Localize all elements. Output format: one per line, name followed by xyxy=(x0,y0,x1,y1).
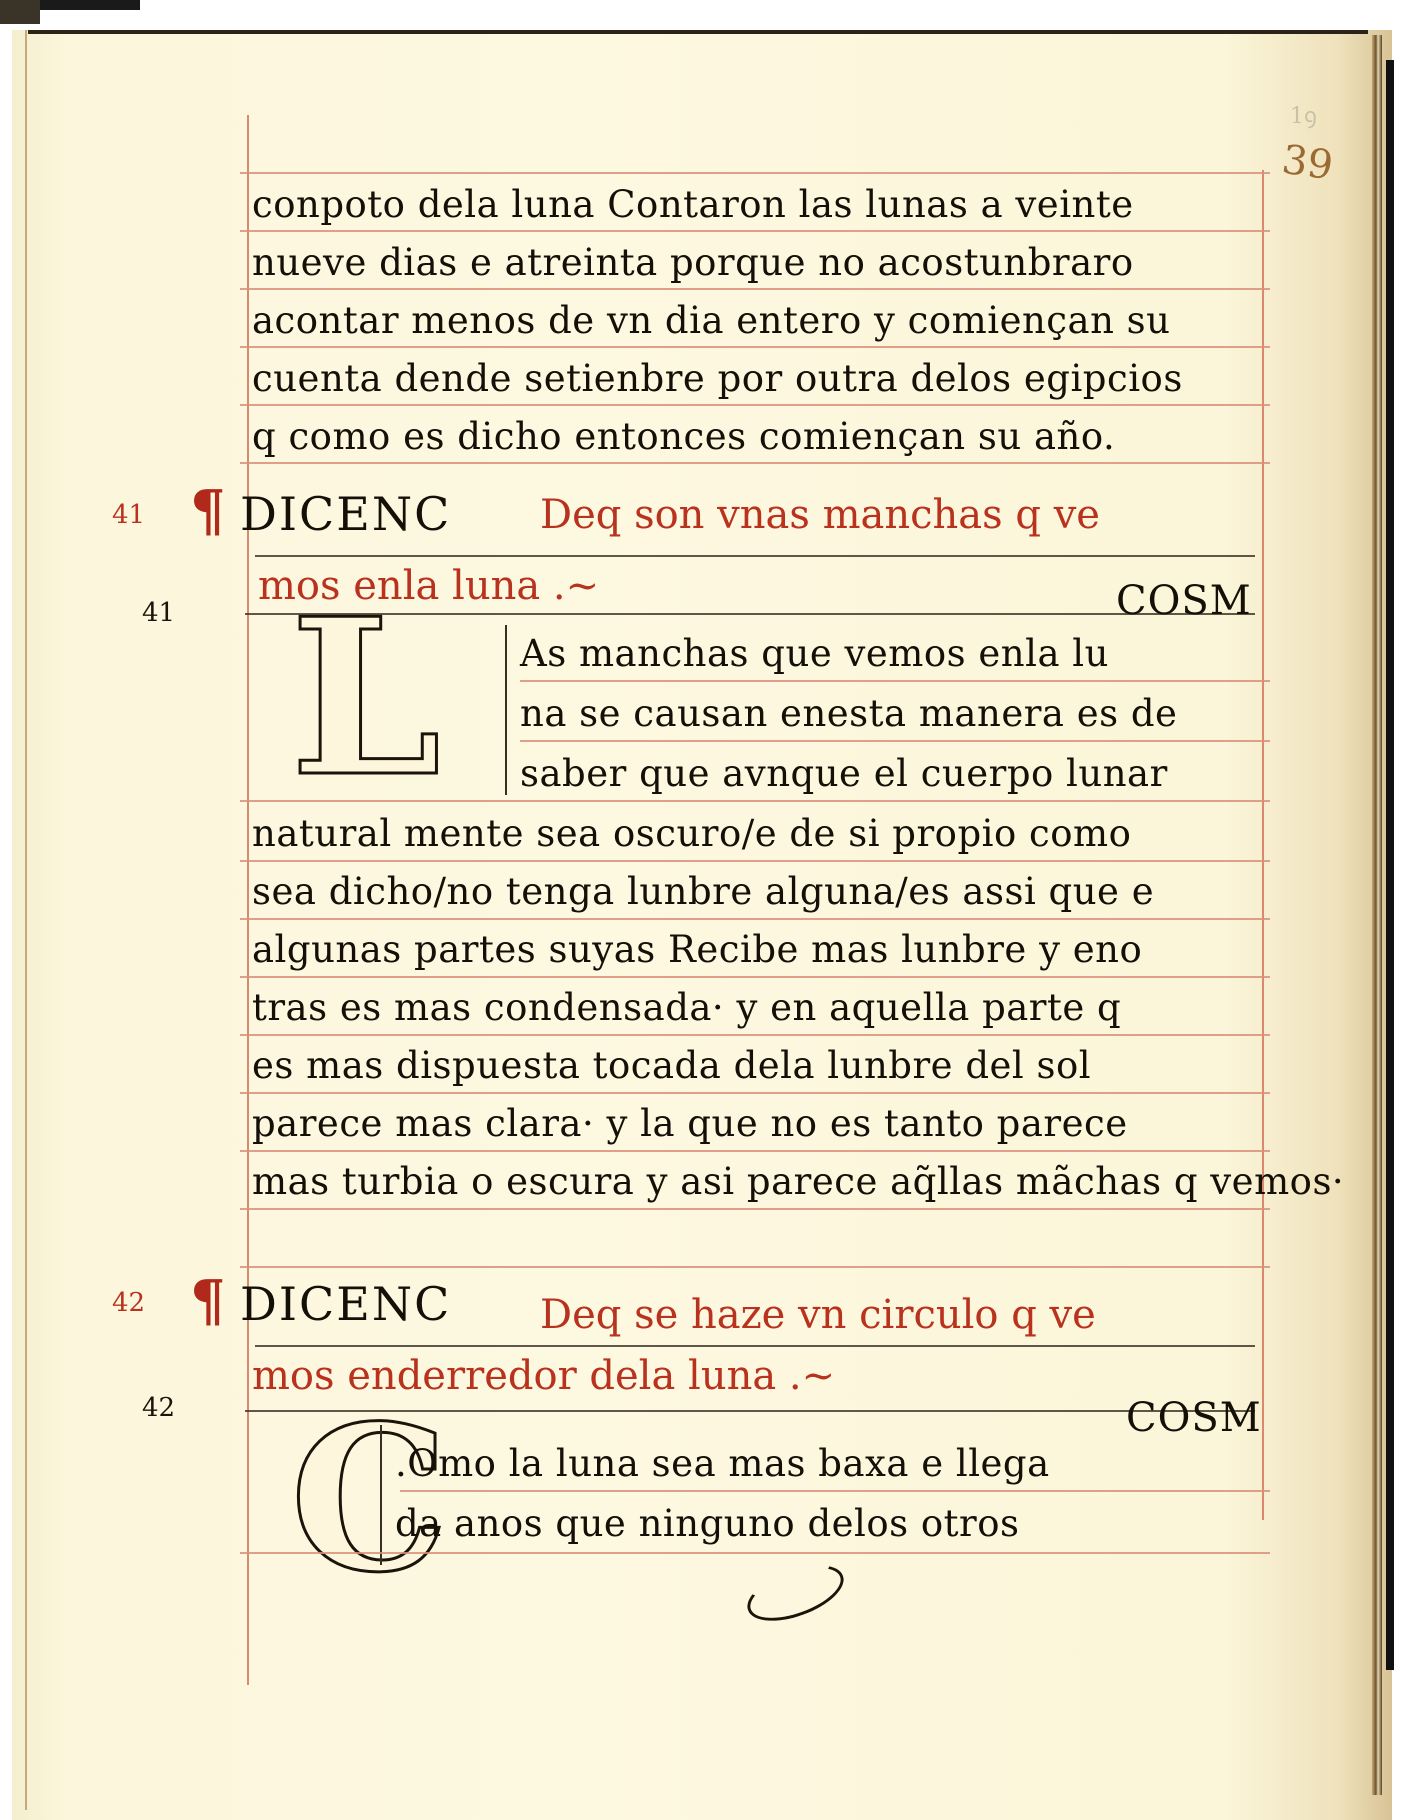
ruling xyxy=(520,680,1270,682)
ruling xyxy=(240,1208,1270,1210)
ruling xyxy=(240,1266,1270,1268)
ruling xyxy=(240,346,1270,348)
page-fore-edge xyxy=(1372,35,1382,1795)
text-line: acontar menos de vn dia entero y comienç… xyxy=(252,299,1171,342)
ruling xyxy=(240,230,1270,232)
left-ruling-line xyxy=(247,115,249,1685)
page-gutter xyxy=(25,30,27,1810)
ruling xyxy=(520,740,1270,742)
ruling xyxy=(240,860,1270,862)
margin-number: 42 xyxy=(142,1393,175,1423)
binding-shadow xyxy=(1386,60,1394,1670)
illuminated-initial: C xyxy=(290,1400,449,1600)
right-ruling-line xyxy=(1262,170,1264,1520)
page-top-edge xyxy=(28,30,1368,34)
margin-number-red: 41 xyxy=(112,500,145,530)
ruling xyxy=(240,1150,1270,1152)
illuminated-initial: L xyxy=(290,590,441,805)
speaker-label: DICENC xyxy=(240,1277,451,1331)
text-line: da anos que ninguno delos otros xyxy=(395,1502,1020,1545)
pilcrow-icon: ¶ xyxy=(190,478,226,544)
folio-number: 39 xyxy=(1279,137,1336,190)
text-line: q como es dicho entonces comiençan su añ… xyxy=(252,415,1115,458)
text-line: nueve dias e atreinta porque no acostunb… xyxy=(252,241,1134,284)
ruling xyxy=(255,1345,1255,1347)
ruling xyxy=(240,462,1270,464)
text-line: conpoto dela luna Contaron las lunas a v… xyxy=(252,183,1134,226)
text-line: sea dicho/no tenga lunbre alguna/es assi… xyxy=(252,870,1154,913)
respondent-label: COSM xyxy=(1126,1395,1262,1441)
scan-top-corner xyxy=(0,0,40,24)
ruling xyxy=(240,976,1270,978)
initial-separator xyxy=(505,625,507,795)
ruling xyxy=(240,1552,1270,1554)
ruling xyxy=(240,918,1270,920)
ruling xyxy=(400,1490,1270,1492)
ruling xyxy=(240,800,1270,802)
ruling xyxy=(240,1092,1270,1094)
text-line: cuenta dende setienbre por outra delos e… xyxy=(252,357,1183,400)
text-line: tras es mas condensada· y en aquella par… xyxy=(252,986,1121,1029)
text-line: mas turbia o escura y asi parece aq̃llas… xyxy=(252,1160,1344,1203)
text-line: na se causan enesta manera es de xyxy=(520,692,1177,735)
margin-number-red: 42 xyxy=(112,1288,145,1318)
ruling xyxy=(240,1034,1270,1036)
ruling xyxy=(240,172,1270,174)
rubric-heading: Deq se haze vn circulo q ve xyxy=(540,1292,1096,1338)
ruling xyxy=(255,555,1255,557)
text-line: parece mas clara· y la que no es tanto p… xyxy=(252,1102,1128,1145)
respondent-label: COSM xyxy=(1116,578,1252,624)
text-line: algunas partes suyas Recibe mas lunbre y… xyxy=(252,928,1142,971)
initial-separator xyxy=(380,1425,382,1565)
text-line: .Omo la luna sea mas baxa e llegа xyxy=(395,1442,1050,1485)
faint-pencil-mark: 1ꝯ xyxy=(1290,100,1317,130)
text-line: es mas dispuesta tocada dela lunbre del … xyxy=(252,1044,1091,1087)
text-line: natural mente sea oscuro/e de si propio … xyxy=(252,812,1131,855)
rubric-heading: Deq son vnas manchas q ve xyxy=(540,492,1100,538)
speaker-label: DICENC xyxy=(240,487,451,541)
pilcrow-icon: ¶ xyxy=(190,1268,226,1334)
text-line: saber que avnque el cuerpo lunar xyxy=(520,752,1168,795)
text-line: As manchas que vemos enla lu xyxy=(520,632,1109,675)
ruling xyxy=(240,404,1270,406)
ruling xyxy=(240,288,1270,290)
margin-number: 41 xyxy=(142,598,175,628)
